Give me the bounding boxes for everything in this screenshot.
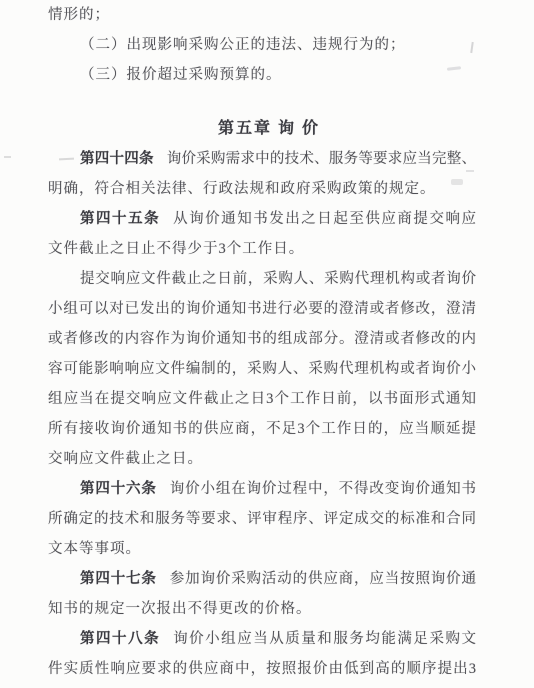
clause-tail-line: 情形的； [48,0,476,30]
list-item-3: （三）报价超过采购预算的。 [48,60,476,90]
article-47-line-2: 知书的规定一次报出不得更改的价格。 [48,594,476,624]
scanned-document-page: 情形的；（二）出现影响采购公正的违法、违规行为的；（三）报价超过采购预算的。第五… [0,0,534,688]
text-run: 交响应文件截止之日。 [48,451,203,467]
text-run: 所确定的技术和服务等要求、评审程序、评定成交的标准和合同 [48,511,476,527]
chapter-5-heading: 第五章 询 价 [48,114,476,144]
article-45-para-2-line-1: 提交响应文件截止之日前，采购人、采购代理机构或者询价 [48,264,476,294]
article-45-para-2-line-3: 或者修改的内容作为询价通知书的组成部分。澄清或者修改的内 [48,324,476,354]
text-run: （二）出现影响采购公正的违法、违规行为的； [80,37,406,53]
text-run: 参加询价采购活动的供应商，应当按照询价通 [170,571,476,587]
text-run: 文件截止之日止不得少于3个工作日。 [48,241,304,257]
emphasis-text: 第四十六条 [80,481,157,497]
text-run: 提交响应文件截止之日前，采购人、采购代理机构或者询价 [80,271,476,287]
article-45-para-2-line-4: 容可能影响响应文件编制的，采购人、采购代理机构或者询价小 [48,354,476,384]
scan-artifact [4,156,11,158]
text-run: 容可能影响响应文件编制的，采购人、采购代理机构或者询价小 [48,361,476,377]
article-45-line-1: 第四十五条从询价通知书发出之日起至供应商提交响应 [48,204,476,234]
emphasis-text: 第四十八条 [80,631,160,647]
article-45-para-2-line-7: 交响应文件截止之日。 [48,444,476,474]
article-48-line-2: 件实质性响应要求的供应商中，按照报价由低到高的顺序提出3 [48,654,476,684]
article-46-line-1: 第四十六条询价小组在询价过程中，不得改变询价通知书 [48,474,476,504]
article-45-line-2: 文件截止之日止不得少于3个工作日。 [48,234,476,264]
article-45-para-2-line-2: 小组可以对已发出的询价通知书进行必要的澄清或者修改，澄清 [48,294,476,324]
text-run: 所有接收询价通知书的供应商，不足3个工作日的，应当顺延提 [48,421,476,437]
text-run: 询价小组在询价过程中，不得改变询价通知书 [170,481,476,497]
article-45-para-2-line-6: 所有接收询价通知书的供应商，不足3个工作日的，应当顺延提 [48,414,476,444]
article-44-line-2: 明确，符合相关法律、行政法规和政府采购政策的规定。 [48,174,476,204]
text-run: 小组可以对已发出的询价通知书进行必要的澄清或者修改，澄清 [48,301,476,317]
text-run: 询价采购需求中的技术、服务等要求应当完整、 [167,151,476,167]
text-run: 或者修改的内容作为询价通知书的组成部分。澄清或者修改的内 [48,331,476,347]
text-run: 件实质性响应要求的供应商中，按照报价由低到高的顺序提出3 [48,661,476,677]
article-44-line-1: 第四十四条询价采购需求中的技术、服务等要求应当完整、 [48,144,476,174]
vertical-gap [48,90,476,114]
article-46-line-3: 文本等事项。 [48,534,476,564]
list-item-2: （二）出现影响采购公正的违法、违规行为的； [48,30,476,60]
article-45-para-2-line-5: 组应当在提交响应文件截止之日3个工作日前，以书面形式通知 [48,384,476,414]
emphasis-text: 第五章 询 价 [218,120,320,137]
document-body: 情形的；（二）出现影响采购公正的违法、违规行为的；（三）报价超过采购预算的。第五… [48,0,476,684]
article-47-line-1: 第四十七条参加询价采购活动的供应商，应当按照询价通 [48,564,476,594]
text-run: 明确，符合相关法律、行政法规和政府采购政策的规定。 [48,181,436,197]
text-run: 从询价通知书发出之日起至供应商提交响应 [173,211,476,227]
text-run: 知书的规定一次报出不得更改的价格。 [48,601,312,617]
emphasis-text: 第四十七条 [80,571,157,587]
article-48-line-1: 第四十八条询价小组应当从质量和服务均能满足采购文 [48,624,476,654]
text-run: 情形的； [48,7,110,23]
text-run: 询价小组应当从质量和服务均能满足采购文 [173,631,476,647]
text-run: 文本等事项。 [48,541,141,557]
text-run: 组应当在提交响应文件截止之日3个工作日前，以书面形式通知 [48,391,476,407]
text-run: （三）报价超过采购预算的。 [80,67,282,83]
emphasis-text: 第四十五条 [80,211,160,227]
article-46-line-2: 所确定的技术和服务等要求、评审程序、评定成交的标准和合同 [48,504,476,534]
emphasis-text: 第四十四条 [80,151,154,167]
